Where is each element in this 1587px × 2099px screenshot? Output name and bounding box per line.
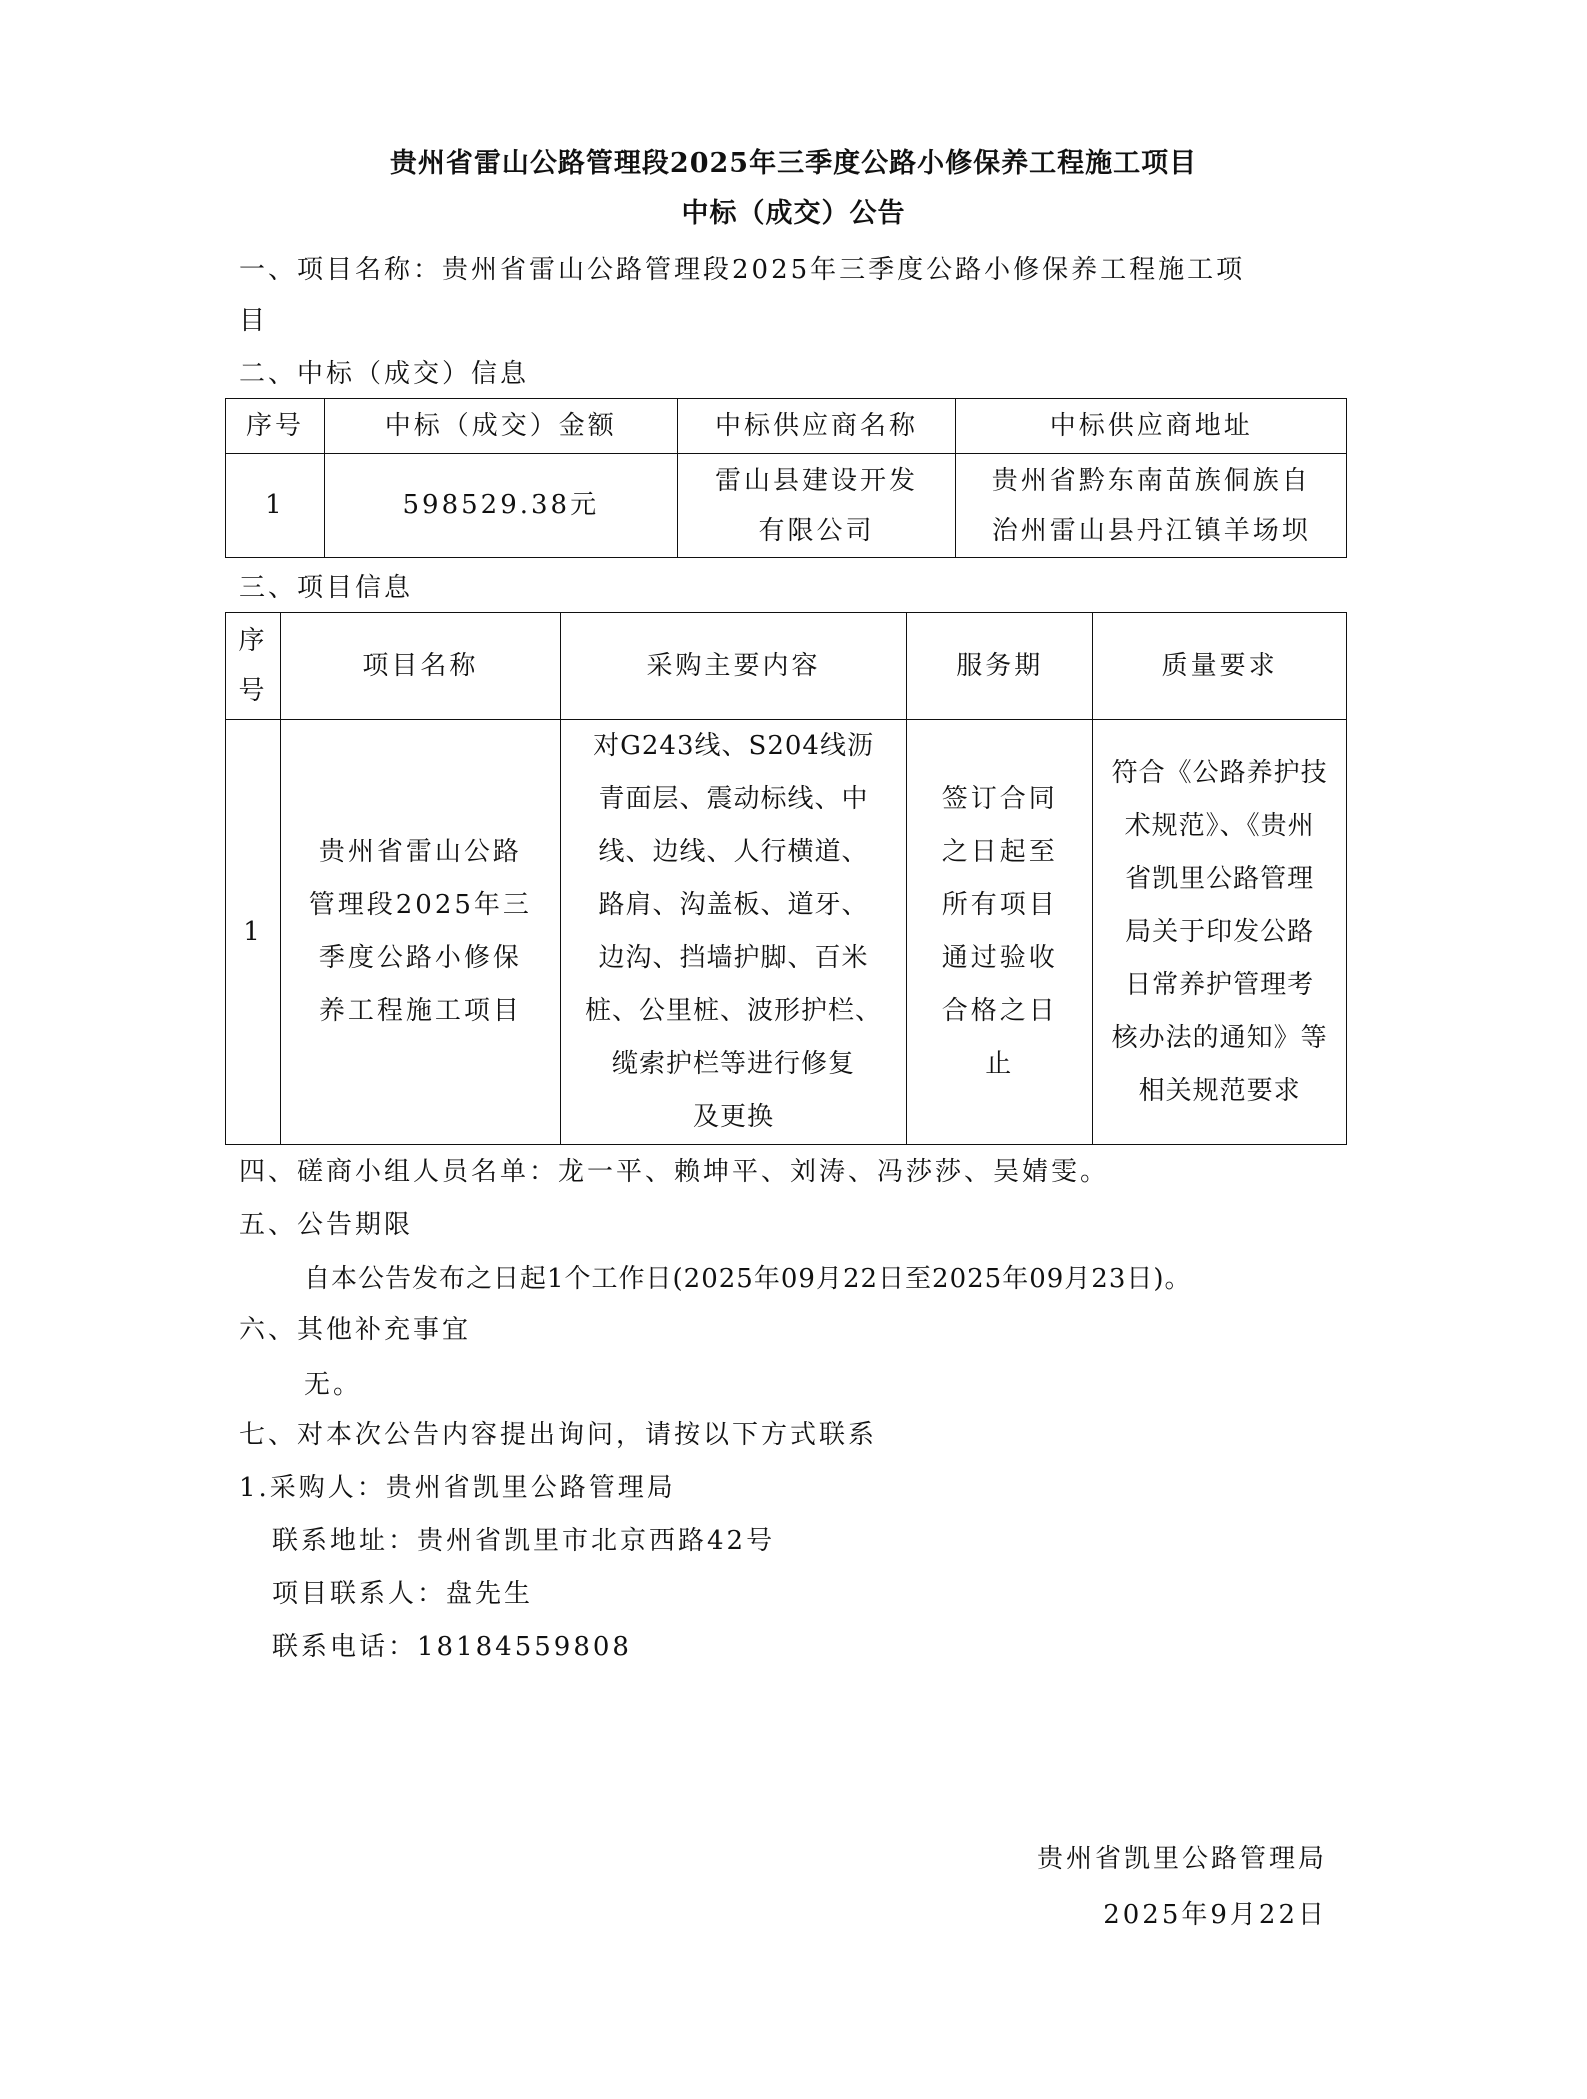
cell-line: 省凯里公路管理 bbox=[1093, 853, 1346, 906]
award-row-amount: 598529.38元 bbox=[324, 454, 677, 558]
project-row-quality: 符合《公路养护技 术规范》、《贵州 省凯里公路管理 局关于印发公路 日常养护管理… bbox=[1093, 720, 1347, 1145]
section3-heading: 三、项目信息 bbox=[239, 571, 413, 605]
project-header-index: 序 号 bbox=[226, 613, 281, 720]
cell-line: 核办法的通知》等 bbox=[1093, 1012, 1346, 1065]
project-header-quality: 质量要求 bbox=[1093, 613, 1347, 720]
award-header-supplier-address: 中标供应商地址 bbox=[956, 399, 1347, 454]
cell-line: 桩、公里桩、波形护栏、 bbox=[561, 985, 907, 1038]
contact-phone-line: 联系电话：18184559808 bbox=[272, 1630, 632, 1664]
cell-line: 之日起至 bbox=[907, 826, 1092, 879]
section1-line2: 目 bbox=[239, 304, 268, 338]
cell-line: 及更换 bbox=[561, 1091, 907, 1144]
section7-heading: 七、对本次公告内容提出询问，请按以下方式联系 bbox=[239, 1418, 877, 1452]
document-subtitle: 中标（成交）公告 bbox=[0, 196, 1587, 232]
signature-date: 2025年9月22日 bbox=[1103, 1894, 1327, 1931]
award-header-supplier-name: 中标供应商名称 bbox=[677, 399, 956, 454]
cell-line: 通过验收 bbox=[907, 932, 1092, 985]
signature-org: 贵州省凯里公路管理局 bbox=[1037, 1838, 1327, 1875]
section4-committee-list: 四、磋商小组人员名单：龙一平、赖坤平、刘涛、冯莎莎、吴婧雯。 bbox=[239, 1155, 1109, 1189]
award-row-supplier-address: 贵州省黔东南苗族侗族自 治州雷山县丹江镇羊场坝 bbox=[956, 454, 1347, 558]
cell-line: 止 bbox=[907, 1038, 1092, 1091]
section6-heading: 六、其他补充事宜 bbox=[239, 1313, 471, 1347]
section2-heading: 二、中标（成交）信息 bbox=[239, 357, 529, 391]
project-header-content: 采购主要内容 bbox=[560, 613, 907, 720]
award-table-row: 1 598529.38元 雷山县建设开发 有限公司 贵州省黔东南苗族侗族自 治州… bbox=[226, 454, 1347, 558]
award-table-header-row: 序号 中标（成交）金额 中标供应商名称 中标供应商地址 bbox=[226, 399, 1347, 454]
award-info-table: 序号 中标（成交）金额 中标供应商名称 中标供应商地址 1 598529.38元… bbox=[225, 398, 1347, 558]
cell-line: 所有项目 bbox=[907, 879, 1092, 932]
supplier-address-line: 贵州省黔东南苗族侗族自 bbox=[956, 456, 1346, 506]
project-row-content: 对G243线、S204线沥 青面层、震动标线、中 线、边线、人行横道、 路肩、沟… bbox=[560, 720, 907, 1145]
project-table-row: 1 贵州省雷山公路 管理段2025年三 季度公路小修保 养工程施工项目 对G24… bbox=[226, 720, 1347, 1145]
cell-line: 签订合同 bbox=[907, 773, 1092, 826]
section5-notice-period: 自本公告发布之日起1个工作日(2025年09月22日至2025年09月23日)。 bbox=[304, 1262, 1192, 1296]
project-header-name: 项目名称 bbox=[280, 613, 560, 720]
project-row-index: 1 bbox=[226, 720, 281, 1145]
supplier-name-line: 雷山县建设开发 bbox=[678, 456, 956, 506]
cell-line: 缆索护栏等进行修复 bbox=[561, 1038, 907, 1091]
cell-line: 术规范》、《贵州 bbox=[1093, 800, 1346, 853]
cell-line: 边沟、挡墙护脚、百米 bbox=[561, 932, 907, 985]
contact-address-line: 联系地址：贵州省凯里市北京西路42号 bbox=[272, 1524, 775, 1558]
supplier-name-line: 有限公司 bbox=[678, 506, 956, 556]
award-header-amount: 中标（成交）金额 bbox=[324, 399, 677, 454]
supplier-address-line: 治州雷山县丹江镇羊场坝 bbox=[956, 506, 1346, 556]
cell-line: 相关规范要求 bbox=[1093, 1065, 1346, 1118]
document-page: 贵州省雷山公路管理段2025年三季度公路小修保养工程施工项目 中标（成交）公告 … bbox=[0, 0, 1587, 2099]
project-header-service-period: 服务期 bbox=[907, 613, 1093, 720]
project-info-table: 序 号 项目名称 采购主要内容 服务期 质量要求 1 贵州省雷山公路 管理段20… bbox=[225, 612, 1347, 1145]
cell-line: 日常养护管理考 bbox=[1093, 959, 1346, 1012]
purchaser-line: 1.采购人：贵州省凯里公路管理局 bbox=[239, 1471, 676, 1505]
section1-label: 一、项目名称： bbox=[239, 255, 442, 285]
project-row-name: 贵州省雷山公路 管理段2025年三 季度公路小修保 养工程施工项目 bbox=[280, 720, 560, 1145]
cell-line: 符合《公路养护技 bbox=[1093, 747, 1346, 800]
section1-project-name: 贵州省雷山公路管理段2025年三季度公路小修保养工程施工项 bbox=[442, 255, 1245, 285]
header-index-char: 号 bbox=[226, 666, 280, 716]
cell-line: 青面层、震动标线、中 bbox=[561, 773, 907, 826]
section5-heading: 五、公告期限 bbox=[239, 1208, 413, 1242]
cell-line: 养工程施工项目 bbox=[281, 985, 560, 1038]
section1-line1: 一、项目名称：贵州省雷山公路管理段2025年三季度公路小修保养工程施工项 bbox=[239, 253, 1245, 287]
award-row-supplier-name: 雷山县建设开发 有限公司 bbox=[677, 454, 956, 558]
cell-line: 季度公路小修保 bbox=[281, 932, 560, 985]
cell-line: 管理段2025年三 bbox=[281, 879, 560, 932]
cell-line: 合格之日 bbox=[907, 985, 1092, 1038]
project-table-header-row: 序 号 项目名称 采购主要内容 服务期 质量要求 bbox=[226, 613, 1347, 720]
cell-line: 线、边线、人行横道、 bbox=[561, 826, 907, 879]
cell-line: 对G243线、S204线沥 bbox=[561, 720, 907, 773]
cell-line: 贵州省雷山公路 bbox=[281, 826, 560, 879]
cell-line: 路肩、沟盖板、道牙、 bbox=[561, 879, 907, 932]
section6-text: 无。 bbox=[304, 1368, 362, 1402]
document-title: 贵州省雷山公路管理段2025年三季度公路小修保养工程施工项目 bbox=[0, 146, 1587, 182]
award-header-index: 序号 bbox=[226, 399, 325, 454]
project-row-service-period: 签订合同 之日起至 所有项目 通过验收 合格之日 止 bbox=[907, 720, 1093, 1145]
cell-line: 局关于印发公路 bbox=[1093, 906, 1346, 959]
contact-person-line: 项目联系人：盘先生 bbox=[272, 1577, 533, 1611]
header-index-char: 序 bbox=[226, 616, 280, 666]
award-row-index: 1 bbox=[226, 454, 325, 558]
